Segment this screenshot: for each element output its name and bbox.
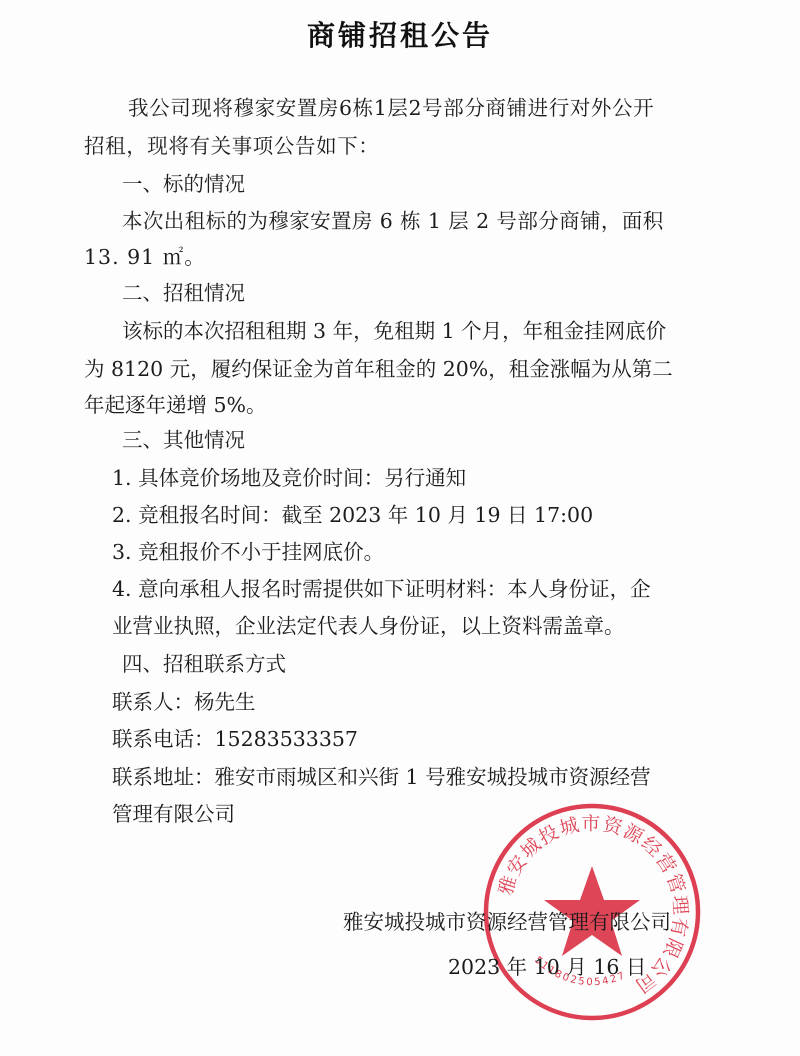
intro-line-2: 招租，现将有关事项公告如下： — [84, 134, 379, 158]
document-page: 商铺招租公告 我公司现将穆家安置房6栋1层2号部分商铺进行对外公开 招租，现将有… — [0, 0, 800, 1056]
section-1-heading: 一、标的情况 — [122, 172, 245, 196]
section-3-item-4-line-1: 4. 意向承租人报名时需提供如下证明材料：本人身份证，企 — [112, 577, 651, 601]
section-4-heading: 四、招租联系方式 — [122, 652, 286, 676]
section-1-line-2: 13. 91 ㎡。 — [84, 245, 206, 269]
signature-company: 雅安城投城市资源经营管理有限公司 — [343, 910, 671, 934]
section-3-item-2: 2. 竞租报名时间：截至 2023 年 10 月 19 日 17:00 — [112, 503, 593, 527]
section-3-item-4-line-2: 业营业执照，企业法定代表人身份证，以上资料需盖章。 — [112, 614, 625, 638]
section-1-line-1: 本次出租标的为穆家安置房 6 栋 1 层 2 号部分商铺，面积 — [122, 209, 664, 233]
section-3-item-1: 1. 具体竞价场地及竞价时间：另行通知 — [112, 466, 466, 490]
section-2-line-1: 该标的本次招租租期 3 年，免租期 1 个月，年租金挂网底价 — [122, 319, 666, 343]
signature-date: 2023 年 10 月 16 日 — [448, 955, 646, 979]
section-2-heading: 二、招租情况 — [122, 281, 245, 305]
section-3-heading: 三、其他情况 — [122, 428, 245, 452]
section-2-line-3: 年起逐年递增 5%。 — [84, 393, 267, 417]
contact-phone: 联系电话：15283533357 — [112, 727, 358, 751]
section-3-item-3: 3. 竞租报价不小于挂网底价。 — [112, 540, 384, 564]
intro-line-1: 我公司现将穆家安置房6栋1层2号部分商铺进行对外公开 — [128, 96, 654, 120]
section-2-line-2: 为 8120 元，履约保证金为首年租金的 20%，租金涨幅为从第二 — [84, 357, 673, 381]
contact-person: 联系人：杨先生 — [112, 690, 256, 714]
contact-address-line-1: 联系地址：雅安市雨城区和兴街 1 号雅安城投城市资源经营 — [112, 765, 651, 789]
contact-address-line-2: 管理有限公司 — [112, 802, 235, 826]
document-title: 商铺招租公告 — [0, 14, 800, 54]
